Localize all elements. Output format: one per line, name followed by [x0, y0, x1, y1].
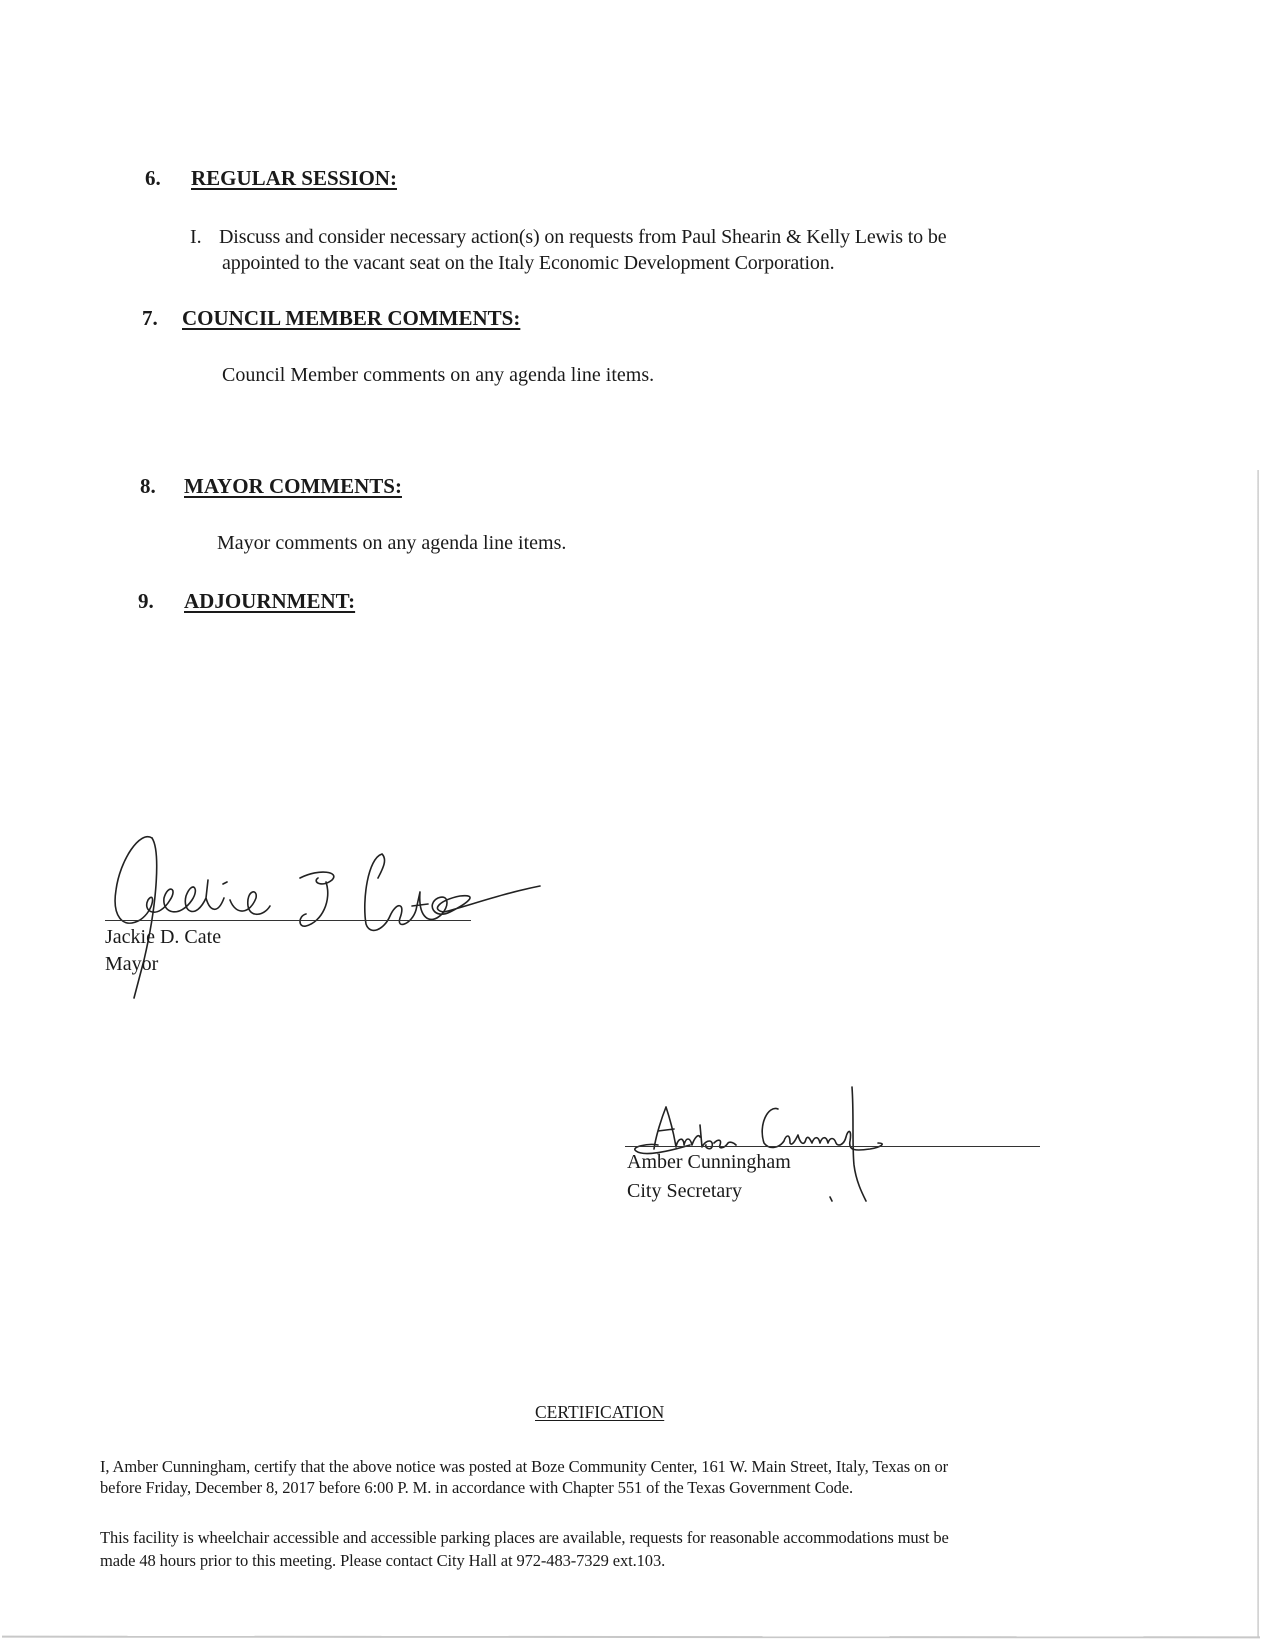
certification-title: CERTIFICATION: [535, 1402, 664, 1423]
section-8-text: Mayor comments on any agenda line items.: [217, 532, 566, 555]
section-title: REGULAR SESSION:: [191, 166, 397, 191]
section-title: COUNCIL MEMBER COMMENTS:: [182, 306, 520, 331]
certification-paragraph-2-line-1: This facility is wheelchair accessible a…: [100, 1528, 949, 1548]
secretary-signature-line: [625, 1146, 1040, 1147]
certification-paragraph-2-line-2: made 48 hours prior to this meeting. Ple…: [100, 1551, 665, 1571]
certification-paragraph-1-line-1: I, Amber Cunningham, certify that the ab…: [100, 1457, 948, 1477]
mayor-signature-line: [105, 920, 471, 921]
mayor-role: Mayor: [105, 953, 158, 976]
section-7-text: Council Member comments on any agenda li…: [222, 364, 654, 387]
page-edge-right: [1257, 470, 1259, 1638]
section-title: MAYOR COMMENTS:: [184, 474, 402, 499]
secretary-name: Amber Cunningham: [627, 1151, 791, 1174]
agenda-item-line-1: Discuss and consider necessary action(s)…: [219, 226, 946, 249]
mayor-signature: [100, 820, 540, 1000]
section-number: 9.: [138, 589, 154, 614]
page-edge-bottom: [2, 1636, 1260, 1639]
section-number: 6.: [145, 166, 161, 191]
certification-paragraph-1-line-2: before Friday, December 8, 2017 before 6…: [100, 1478, 853, 1498]
agenda-item-marker: I.: [190, 226, 202, 249]
section-number: 8.: [140, 474, 156, 499]
mayor-name: Jackie D. Cate: [105, 926, 221, 949]
agenda-item-line-2: appointed to the vacant seat on the Ital…: [222, 252, 834, 275]
secretary-role: City Secretary: [627, 1180, 742, 1203]
section-title: ADJOURNMENT:: [184, 589, 355, 614]
section-number: 7.: [142, 306, 158, 331]
